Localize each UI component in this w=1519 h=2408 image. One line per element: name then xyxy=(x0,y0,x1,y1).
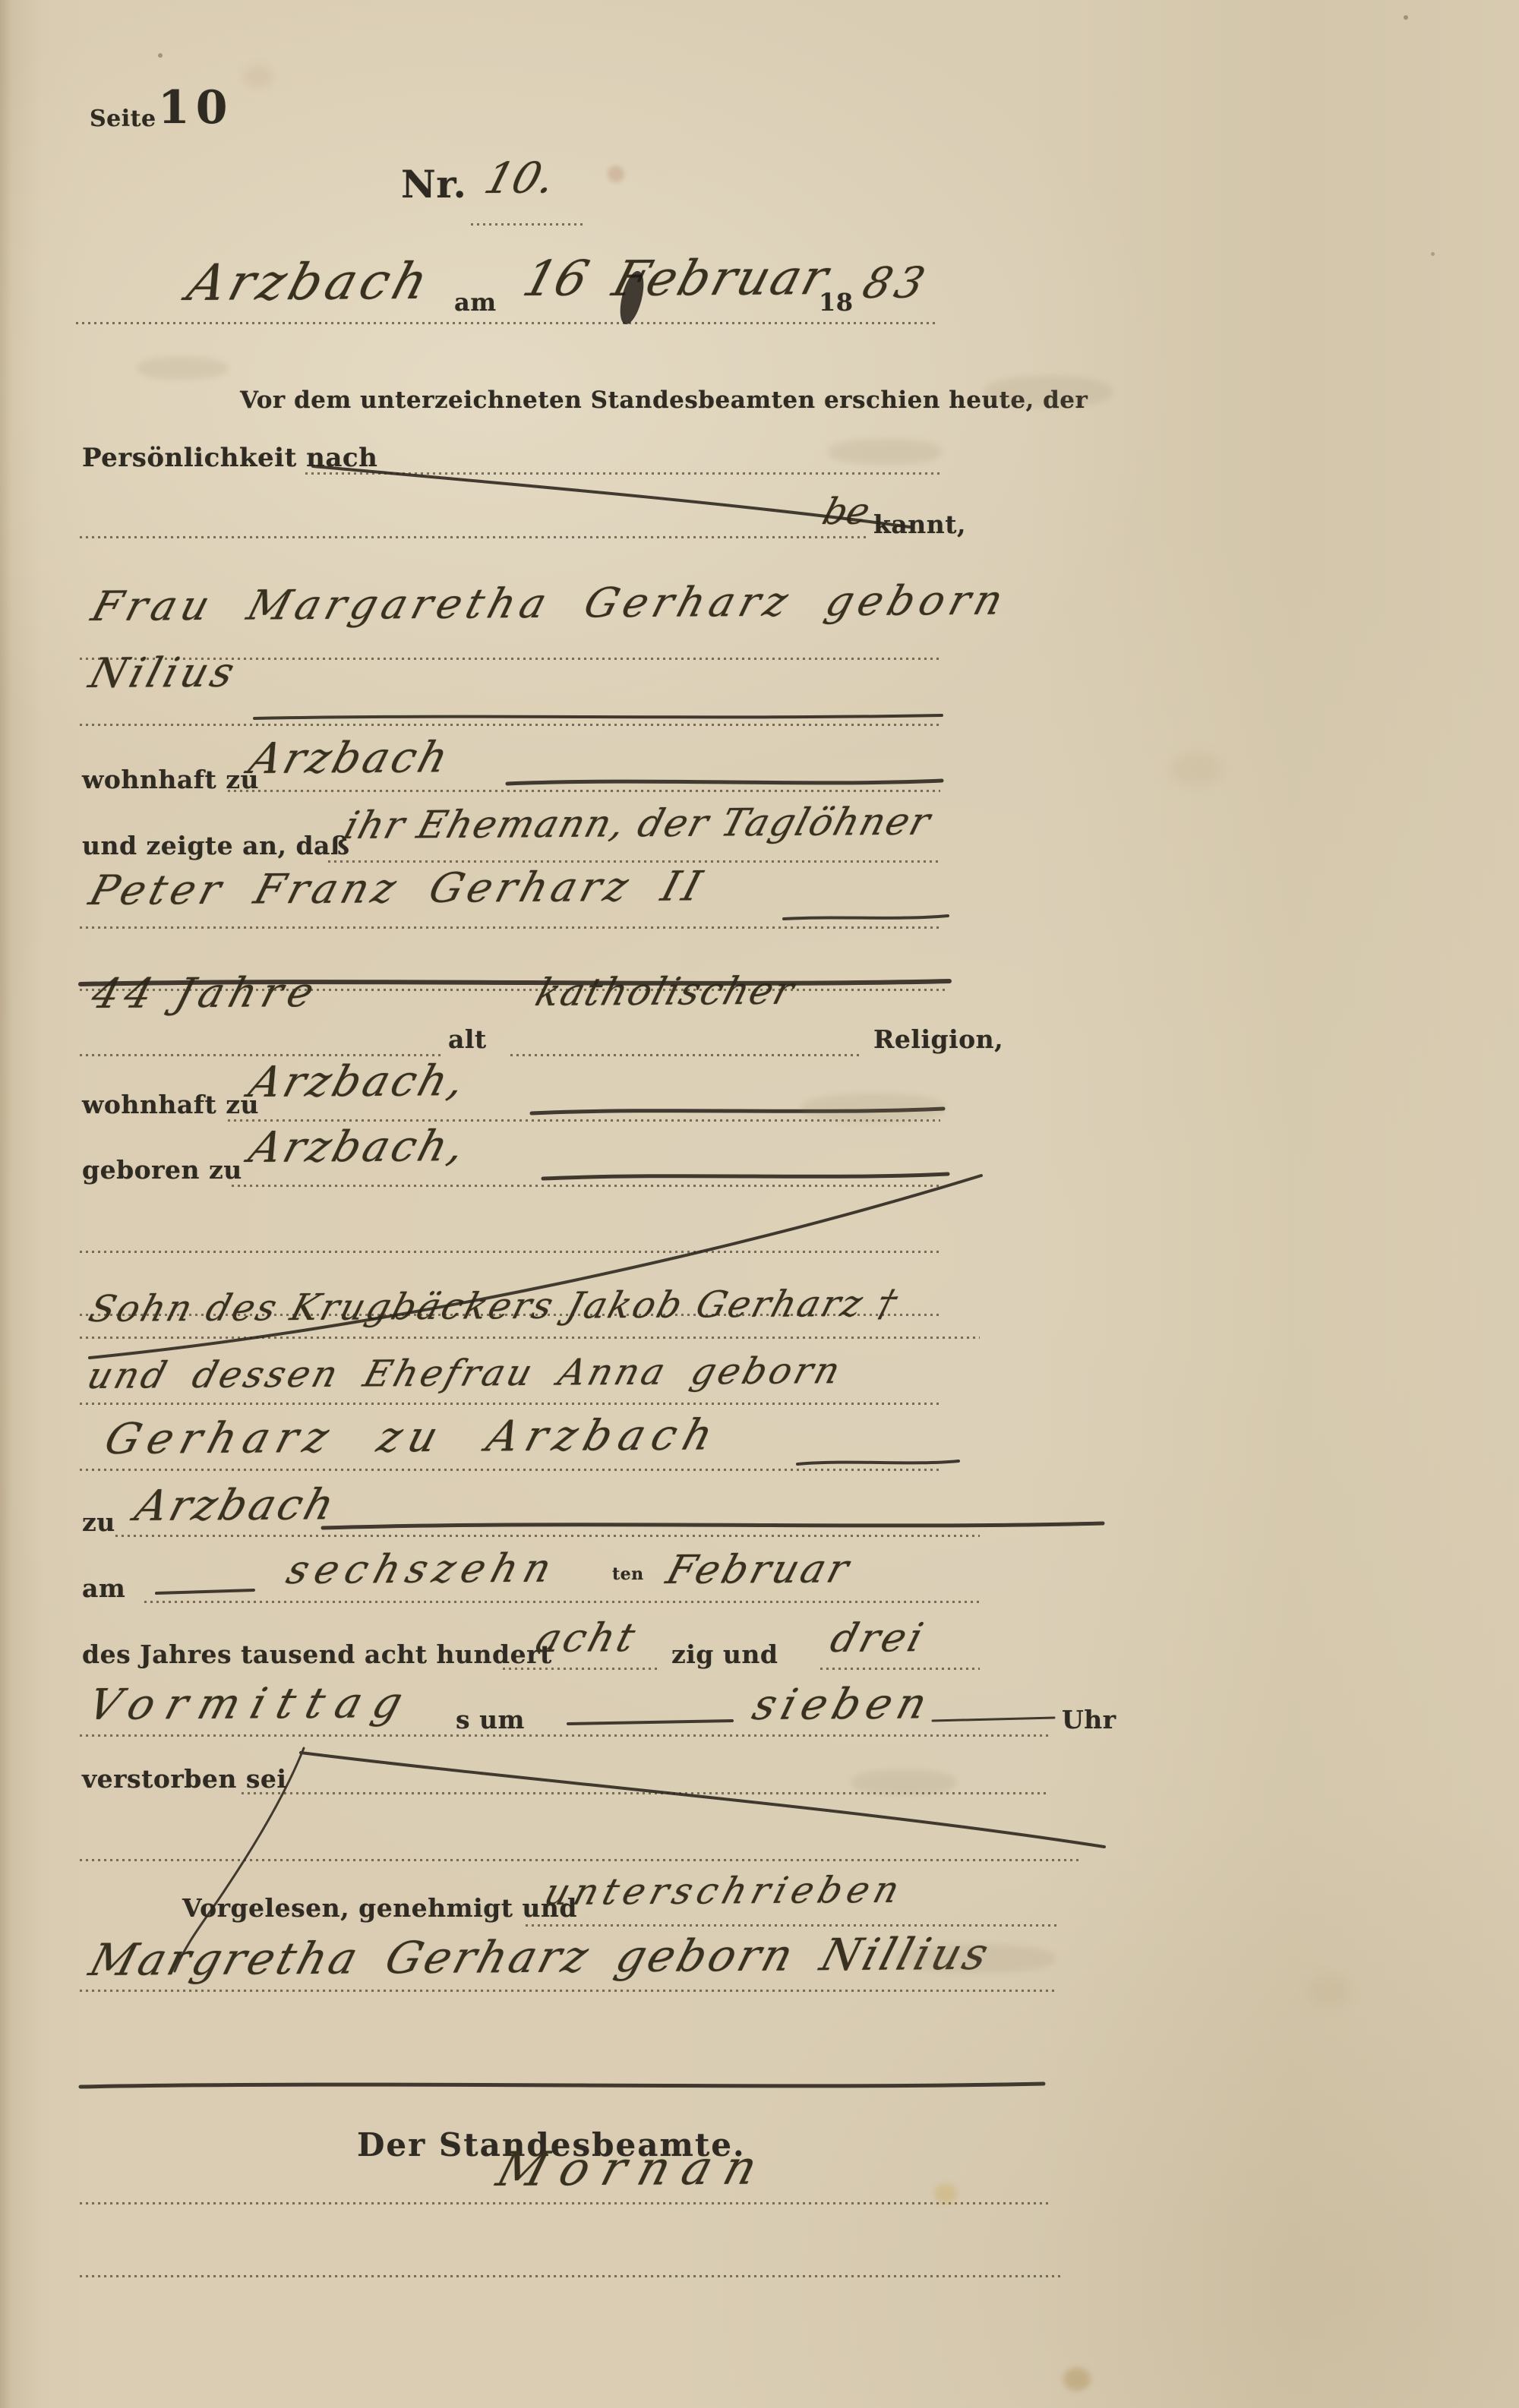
ruled-dotted-line xyxy=(820,1668,980,1670)
ruled-dotted-line xyxy=(80,724,940,726)
age-value: 44 Jahre xyxy=(87,972,324,1015)
ruled-dotted-line xyxy=(80,926,940,929)
paper-speck xyxy=(1404,15,1408,20)
ruled-dotted-line xyxy=(80,1859,1079,1861)
identity-printed-suffix: kannt, xyxy=(873,512,966,537)
ruled-dotted-line xyxy=(80,2275,1061,2277)
report-label: und zeigte an, daß xyxy=(82,833,350,858)
death-year-label: des Jahres tausend acht hundert xyxy=(82,1642,552,1667)
ruled-dotted-line xyxy=(526,1924,1057,1927)
death-date-label: am xyxy=(82,1576,125,1601)
ruled-dotted-line xyxy=(80,1251,942,1253)
ruled-dotted-line xyxy=(471,223,586,226)
dateline-am-label: am xyxy=(454,290,497,314)
ruled-dotted-line xyxy=(510,1054,861,1056)
paper-stain xyxy=(608,166,624,182)
declarant-name-line1: Frau Margaretha Gerharz geborn xyxy=(87,580,1012,627)
ruled-dotted-line xyxy=(115,1535,980,1537)
report-hand-entry: ihr Ehemann, der Taglöhner xyxy=(340,803,936,844)
death-place-value: Arzbach xyxy=(131,1484,342,1528)
scanned-register-page: { "document": { "page_label": "Seite", "… xyxy=(0,0,1519,2408)
declarant-signature: Margretha Gerharz geborn Nillius xyxy=(85,1932,996,1982)
closing-printed: Vorgelesen, genehmigt und xyxy=(182,1895,577,1920)
deceased-statement-label: verstorben sei xyxy=(82,1766,286,1791)
death-day: sechszehn xyxy=(283,1549,562,1590)
death-hour-label: Uhr xyxy=(1062,1707,1116,1732)
religion-value: katholischer xyxy=(532,972,799,1011)
death-month: Februar xyxy=(662,1549,856,1590)
death-daytime: Vormittag xyxy=(84,1682,419,1727)
dateline-place: Arzbach xyxy=(182,257,437,308)
death-hour: sieben xyxy=(748,1683,937,1727)
dateline-day: 16 xyxy=(518,254,594,304)
ruled-dotted-line xyxy=(80,1337,980,1339)
ruled-dotted-line xyxy=(144,1601,980,1603)
parentage-line3: Gerharz zu Arzbach xyxy=(100,1414,725,1461)
death-year-ones: drei xyxy=(826,1618,930,1658)
death-daytime-label: s um xyxy=(456,1707,525,1732)
ruled-dotted-line xyxy=(232,1185,940,1187)
ruled-dotted-line xyxy=(242,1792,1048,1794)
ruled-dotted-line xyxy=(305,472,942,475)
age-label: alt xyxy=(448,1027,487,1052)
paper-stain xyxy=(243,65,273,88)
residence-value: Arzbach xyxy=(245,737,456,781)
paper-stain xyxy=(934,2184,957,2204)
identity-hand-entry: be xyxy=(819,494,874,530)
ruled-dotted-line xyxy=(80,1403,940,1405)
handwritten-ink-strokes xyxy=(0,0,1519,2408)
registrar-signature: Mornan xyxy=(492,2144,775,2193)
ruled-dotted-line xyxy=(80,2202,1050,2204)
ruled-dotted-line xyxy=(80,1734,1050,1737)
ruled-dotted-line xyxy=(76,322,938,324)
closing-hand: unterschrieben xyxy=(541,1872,908,1911)
residence2-value: Arzbach, xyxy=(245,1060,472,1104)
ruled-dotted-line xyxy=(80,536,868,538)
record-number-label: Nr. xyxy=(401,166,466,204)
paper-stain xyxy=(1063,2368,1091,2391)
deceased-name: Peter Franz Gerharz II xyxy=(85,866,710,911)
residence2-label: wohnhaft zu xyxy=(82,1092,259,1117)
paper-speck xyxy=(1431,252,1435,256)
record-number-value: 10. xyxy=(480,157,560,200)
ruled-dotted-line xyxy=(80,1990,1058,1992)
page-number: 10 xyxy=(158,85,234,131)
paper-stain xyxy=(1306,1974,1352,2008)
parentage-line1: Sohn des Krugbäckers Jakob Gerharz † xyxy=(85,1286,903,1327)
paper-stain xyxy=(1170,752,1223,787)
ruled-dotted-line xyxy=(503,1668,658,1670)
parentage-line2: und dessen Ehefrau Anna geborn xyxy=(84,1352,847,1394)
bleedthrough-smudge xyxy=(851,1769,957,1795)
death-day-ordinal-suffix: ten xyxy=(612,1566,644,1583)
residence-label: wohnhaft zu xyxy=(82,767,259,792)
ruled-dotted-line xyxy=(80,1469,940,1471)
page-side-label: Seite xyxy=(90,108,156,131)
ruled-dotted-line xyxy=(80,1054,441,1056)
intro-line: Vor dem unterzeichneten Standesbeamten e… xyxy=(240,389,1088,412)
bleedthrough-smudge xyxy=(801,1094,946,1122)
dateline-year-printed: 18 xyxy=(819,290,854,314)
death-year-mid-label: zig und xyxy=(671,1642,778,1667)
dateline-month: Februar xyxy=(608,254,835,304)
birthplace-label: geboren zu xyxy=(82,1157,242,1182)
death-year-tens: acht xyxy=(532,1618,642,1658)
identity-label: Persönlichkeit nach xyxy=(82,445,377,471)
death-place-label: zu xyxy=(82,1510,115,1535)
religion-label: Religion, xyxy=(873,1027,1003,1052)
ruled-dotted-line xyxy=(228,1119,940,1122)
bleedthrough-smudge xyxy=(828,439,942,465)
bleedthrough-smudge xyxy=(137,357,228,380)
ruled-dotted-line xyxy=(228,790,940,792)
birthplace-value: Arzbach, xyxy=(245,1125,472,1169)
dateline-year-handwritten: 83 xyxy=(858,262,933,305)
paper-speck xyxy=(158,53,163,58)
declarant-name-line2: Nilius xyxy=(85,652,242,694)
